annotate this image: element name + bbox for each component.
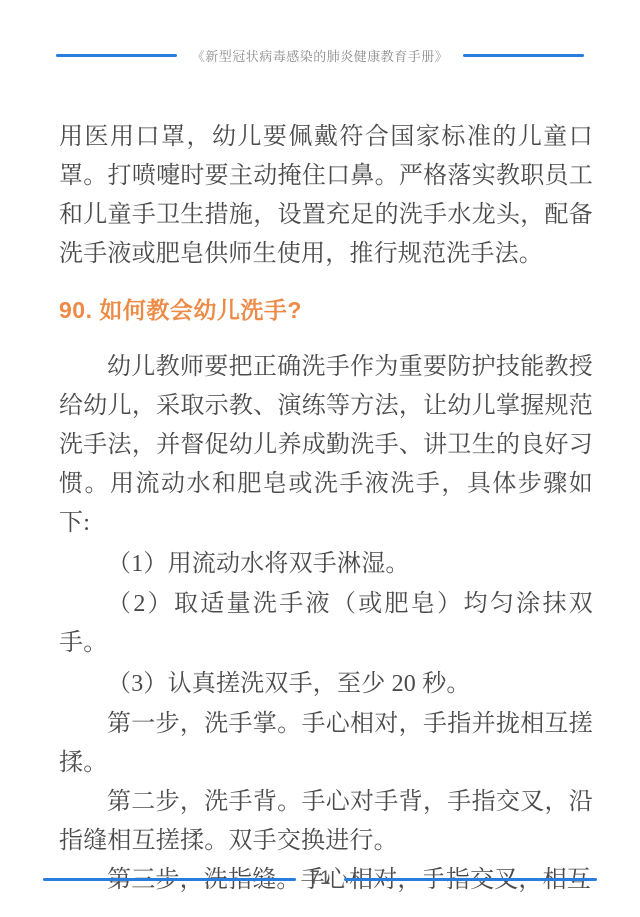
numbered-step-1: （1）用流动水将双手淋湿。 (59, 545, 593, 584)
page-footer: 71 (0, 868, 640, 890)
wash-step-2: 第二步，洗手背。手心对手背，手指交叉，沿指缝相互搓揉。双手交换进行。 (59, 783, 593, 861)
numbered-step-2: （2）取适量洗手液（或肥皂）均匀涂抹双手。 (59, 585, 593, 663)
handbook-title: 《新型冠状病毒感染的肺炎健康教育手册》 (192, 46, 449, 65)
page-number: 71 (309, 868, 330, 890)
page-header: 《新型冠状病毒感染的肺炎健康教育手册》 (0, 46, 640, 65)
header-left-rule (56, 54, 177, 57)
handbook-page: 《新型冠状病毒感染的肺炎健康教育手册》 用医用口罩，幼儿要佩戴符合国家标准的儿童… (0, 0, 640, 917)
numbered-step-3: （3）认真搓洗双手，至少 20 秒。 (59, 665, 593, 704)
paragraph-intro: 幼儿教师要把正确洗手作为重要防护技能教授给幼儿，采取示教、演练等方法，让幼儿掌握… (59, 348, 593, 543)
header-right-rule (463, 54, 584, 57)
footer-left-rule (43, 878, 296, 881)
footer-right-rule (344, 878, 597, 881)
wash-step-1: 第一步，洗手掌。手心相对，手指并拢相互搓揉。 (59, 705, 593, 783)
paragraph-continuation: 用医用口罩，幼儿要佩戴符合国家标准的儿童口罩。打喷嚏时要主动掩住口鼻。严格落实教… (59, 118, 593, 274)
section-heading-q90: 90. 如何教会幼儿洗手? (59, 298, 593, 322)
page-content: 用医用口罩，幼儿要佩戴符合国家标准的儿童口罩。打喷嚏时要主动掩住口鼻。严格落实教… (59, 118, 593, 900)
